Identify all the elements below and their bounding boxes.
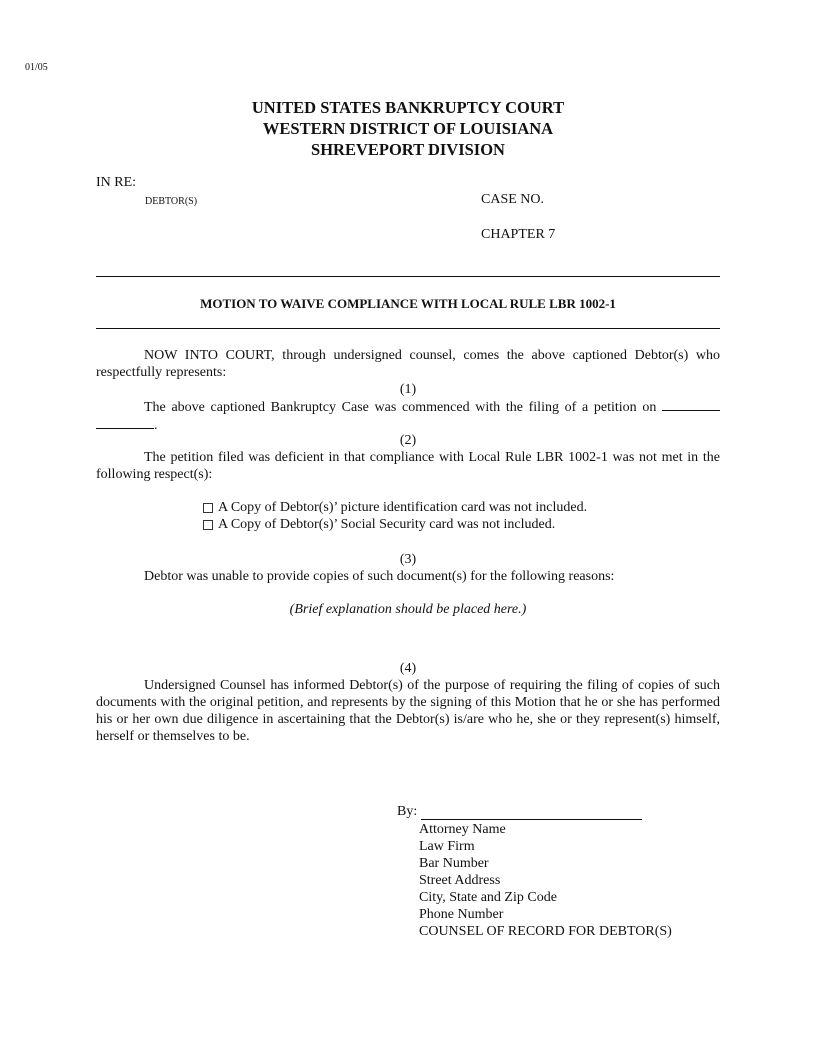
court-name: UNITED STATES BANKRUPTCY COURT: [0, 97, 816, 118]
divider-top: [96, 276, 720, 277]
street-address: Street Address: [419, 872, 672, 889]
checkbox-icon[interactable]: [203, 503, 213, 513]
deficiency-checklist: A Copy of Debtor(s)’ picture identificat…: [203, 499, 587, 533]
paragraph-1-end: .: [154, 418, 158, 433]
motion-title: MOTION TO WAIVE COMPLIANCE WITH LOCAL RU…: [96, 296, 720, 312]
checklist-label: A Copy of Debtor(s)’ picture identificat…: [218, 499, 587, 516]
paragraph-2: The petition filed was deficient in that…: [96, 449, 720, 483]
paragraph-4: Undersigned Counsel has informed Debtor(…: [96, 677, 720, 745]
paragraph-number-3: (3): [96, 551, 720, 568]
by-label: By:: [397, 804, 417, 820]
court-heading: UNITED STATES BANKRUPTCY COURT WESTERN D…: [0, 97, 816, 160]
counsel-of-record: COUNSEL OF RECORD FOR DEBTOR(S): [419, 923, 672, 940]
form-code: 01/05: [25, 62, 48, 73]
paragraph-number-2: (2): [96, 432, 720, 449]
intro-paragraph: NOW INTO COURT, through undersigned coun…: [96, 347, 720, 381]
explanation-placeholder[interactable]: (Brief explanation should be placed here…: [96, 602, 720, 618]
paragraph-number-1: (1): [96, 381, 720, 398]
checkbox-icon[interactable]: [203, 520, 213, 530]
signature-block: Attorney Name Law Firm Bar Number Street…: [419, 821, 672, 940]
paragraph-1: The above captioned Bankruptcy Case was …: [96, 398, 720, 434]
signature-by: By:: [397, 804, 642, 820]
city-state-zip: City, State and Zip Code: [419, 889, 672, 906]
checklist-label: A Copy of Debtor(s)’ Social Security car…: [218, 516, 555, 533]
law-firm: Law Firm: [419, 838, 672, 855]
chapter-label: CHAPTER 7: [481, 227, 555, 243]
checklist-item-picture-id[interactable]: A Copy of Debtor(s)’ picture identificat…: [203, 499, 587, 516]
petition-date-blank-2[interactable]: [96, 416, 154, 429]
in-re-label: IN RE:: [96, 175, 136, 191]
court-division: SHREVEPORT DIVISION: [0, 139, 816, 160]
case-number-label: CASE NO.: [481, 192, 544, 208]
checklist-item-social-security[interactable]: A Copy of Debtor(s)’ Social Security car…: [203, 516, 587, 533]
petition-date-blank-1[interactable]: [662, 398, 720, 411]
debtor-label: DEBTOR(S): [145, 196, 197, 207]
bar-number: Bar Number: [419, 855, 672, 872]
paragraph-number-4: (4): [96, 660, 720, 677]
phone-number: Phone Number: [419, 906, 672, 923]
court-district: WESTERN DISTRICT OF LOUISIANA: [0, 118, 816, 139]
signature-line[interactable]: [421, 805, 642, 820]
paragraph-1-text: The above captioned Bankruptcy Case was …: [144, 400, 656, 415]
attorney-name: Attorney Name: [419, 821, 672, 838]
divider-bottom: [96, 328, 720, 329]
paragraph-3: Debtor was unable to provide copies of s…: [96, 568, 720, 585]
